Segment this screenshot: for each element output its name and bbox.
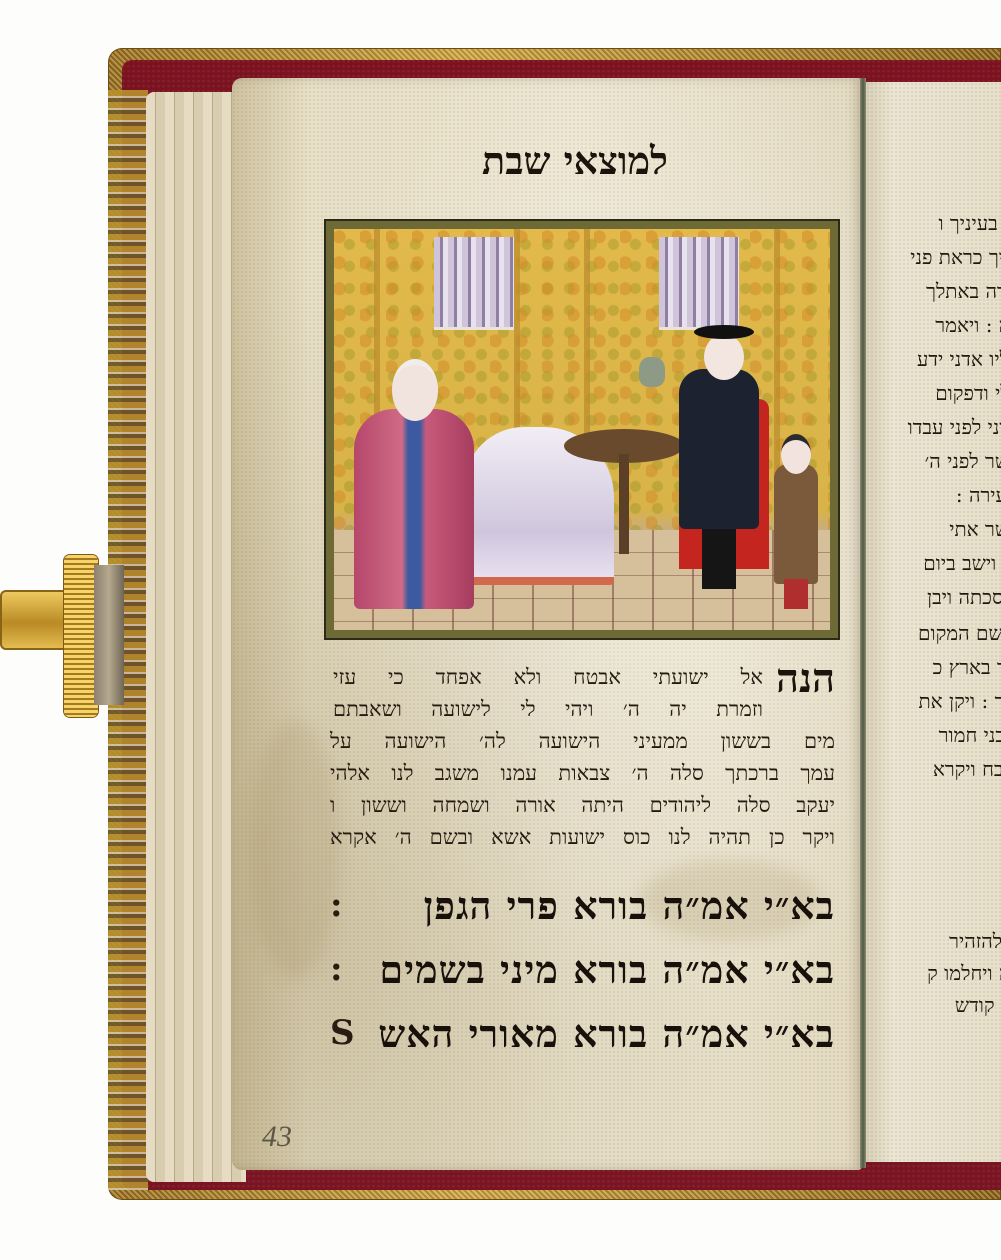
text-line: אדני לפני עבדו xyxy=(908,414,1001,440)
text-line: עמך ברכתך סלה ה׳ צבאות עמנו משגב לנו אלה… xyxy=(330,759,835,787)
text-line: עיר : ויקן את xyxy=(918,688,1001,714)
blessing-end-mark: : xyxy=(330,885,343,925)
curtained-window xyxy=(434,237,514,330)
text-line: פה ויחלמו ק xyxy=(927,960,1001,986)
opening-word: הנה xyxy=(776,655,835,702)
clasp-chain xyxy=(0,590,70,650)
text-line: ד בני חמור xyxy=(939,722,1001,748)
woman-head xyxy=(392,359,438,421)
blessing-fire: בא״י אמ״ה בורא מאורי האש xyxy=(378,1011,835,1057)
blessing-wine: בא״י אמ״ה בורא פרי הגפן xyxy=(424,883,835,929)
text-line: ע סכתה ויבן xyxy=(927,584,1001,610)
text-line: שר בארץ כ xyxy=(933,654,1001,680)
right-page-lower-text: ם להזהיר פה ויחלמו ק כין קודש xyxy=(876,928,1001,1038)
blessing-end-mark: : xyxy=(330,949,343,989)
man-figure xyxy=(679,369,759,529)
curtained-window xyxy=(659,237,739,330)
child-figure xyxy=(774,464,818,584)
text-line: פניך כראת פני xyxy=(910,244,1001,270)
page-stack-edges xyxy=(146,92,246,1182)
text-line: וזמרת יה ה׳ ויהי לי לישועה ושאבתם xyxy=(333,695,763,723)
text-line: אשר אתי xyxy=(949,516,1001,542)
text-line: יעקב סלה ליהודים היתה אורה ושמחה וששון ו xyxy=(330,791,835,819)
text-line: י : וישב ביום xyxy=(923,550,1001,576)
text-line: אל ישועתי אבטח ולא אפחד כי עזי xyxy=(333,663,763,691)
woman-figure xyxy=(354,409,474,609)
text-line: חן בעיניך ו xyxy=(938,210,1001,236)
right-page-text-column: א שם המקום שר בארץ כ עיר : ויקן את ד בני… xyxy=(876,620,1001,840)
text-line: שרה באתלך xyxy=(926,278,1001,304)
text-line: כין קודש xyxy=(955,992,1001,1018)
text-line: קה : ויאמר xyxy=(935,312,1001,338)
right-page-text-column: חן בעיניך ו פניך כראת פני שרה באתלך קה :… xyxy=(876,210,1001,630)
tricorn-hat-icon xyxy=(694,325,754,339)
man-legs xyxy=(702,529,736,589)
text-line: א שם המקום xyxy=(918,620,1001,646)
page-heading: למוצאי שבת xyxy=(440,138,710,184)
table-leg xyxy=(619,454,629,554)
text-line: מים בששון ממעיני הישועה לה׳ הישועה על xyxy=(330,727,835,755)
text-line: אליו אדני ידע xyxy=(917,346,1001,372)
text-line: מזבח ויקרא xyxy=(933,756,1001,782)
vellum-stain xyxy=(250,720,340,980)
folio-number: 43 xyxy=(262,1120,292,1154)
text-line: ויקר כן תהיה לנו כוס ישועות אשא ובשם ה׳ … xyxy=(330,823,835,851)
child-legs xyxy=(784,579,808,609)
clasp-plate xyxy=(94,565,124,705)
havdalah-cup-icon xyxy=(639,357,665,387)
text-line: שעירה : xyxy=(956,482,1001,508)
miniature-painting xyxy=(326,221,838,638)
clasp-hinge-icon xyxy=(64,555,98,717)
text-line: ם להזהיר xyxy=(949,928,1001,954)
man-head xyxy=(704,334,744,380)
blessing-spices: בא״י אמ״ה בורא מיני בשמים xyxy=(379,947,835,993)
child-head xyxy=(781,434,811,474)
section-mark: S xyxy=(330,1013,355,1053)
text-line: אשר לפני ה׳ xyxy=(925,448,1001,474)
text-line: עלי ודפקום xyxy=(935,380,1001,406)
